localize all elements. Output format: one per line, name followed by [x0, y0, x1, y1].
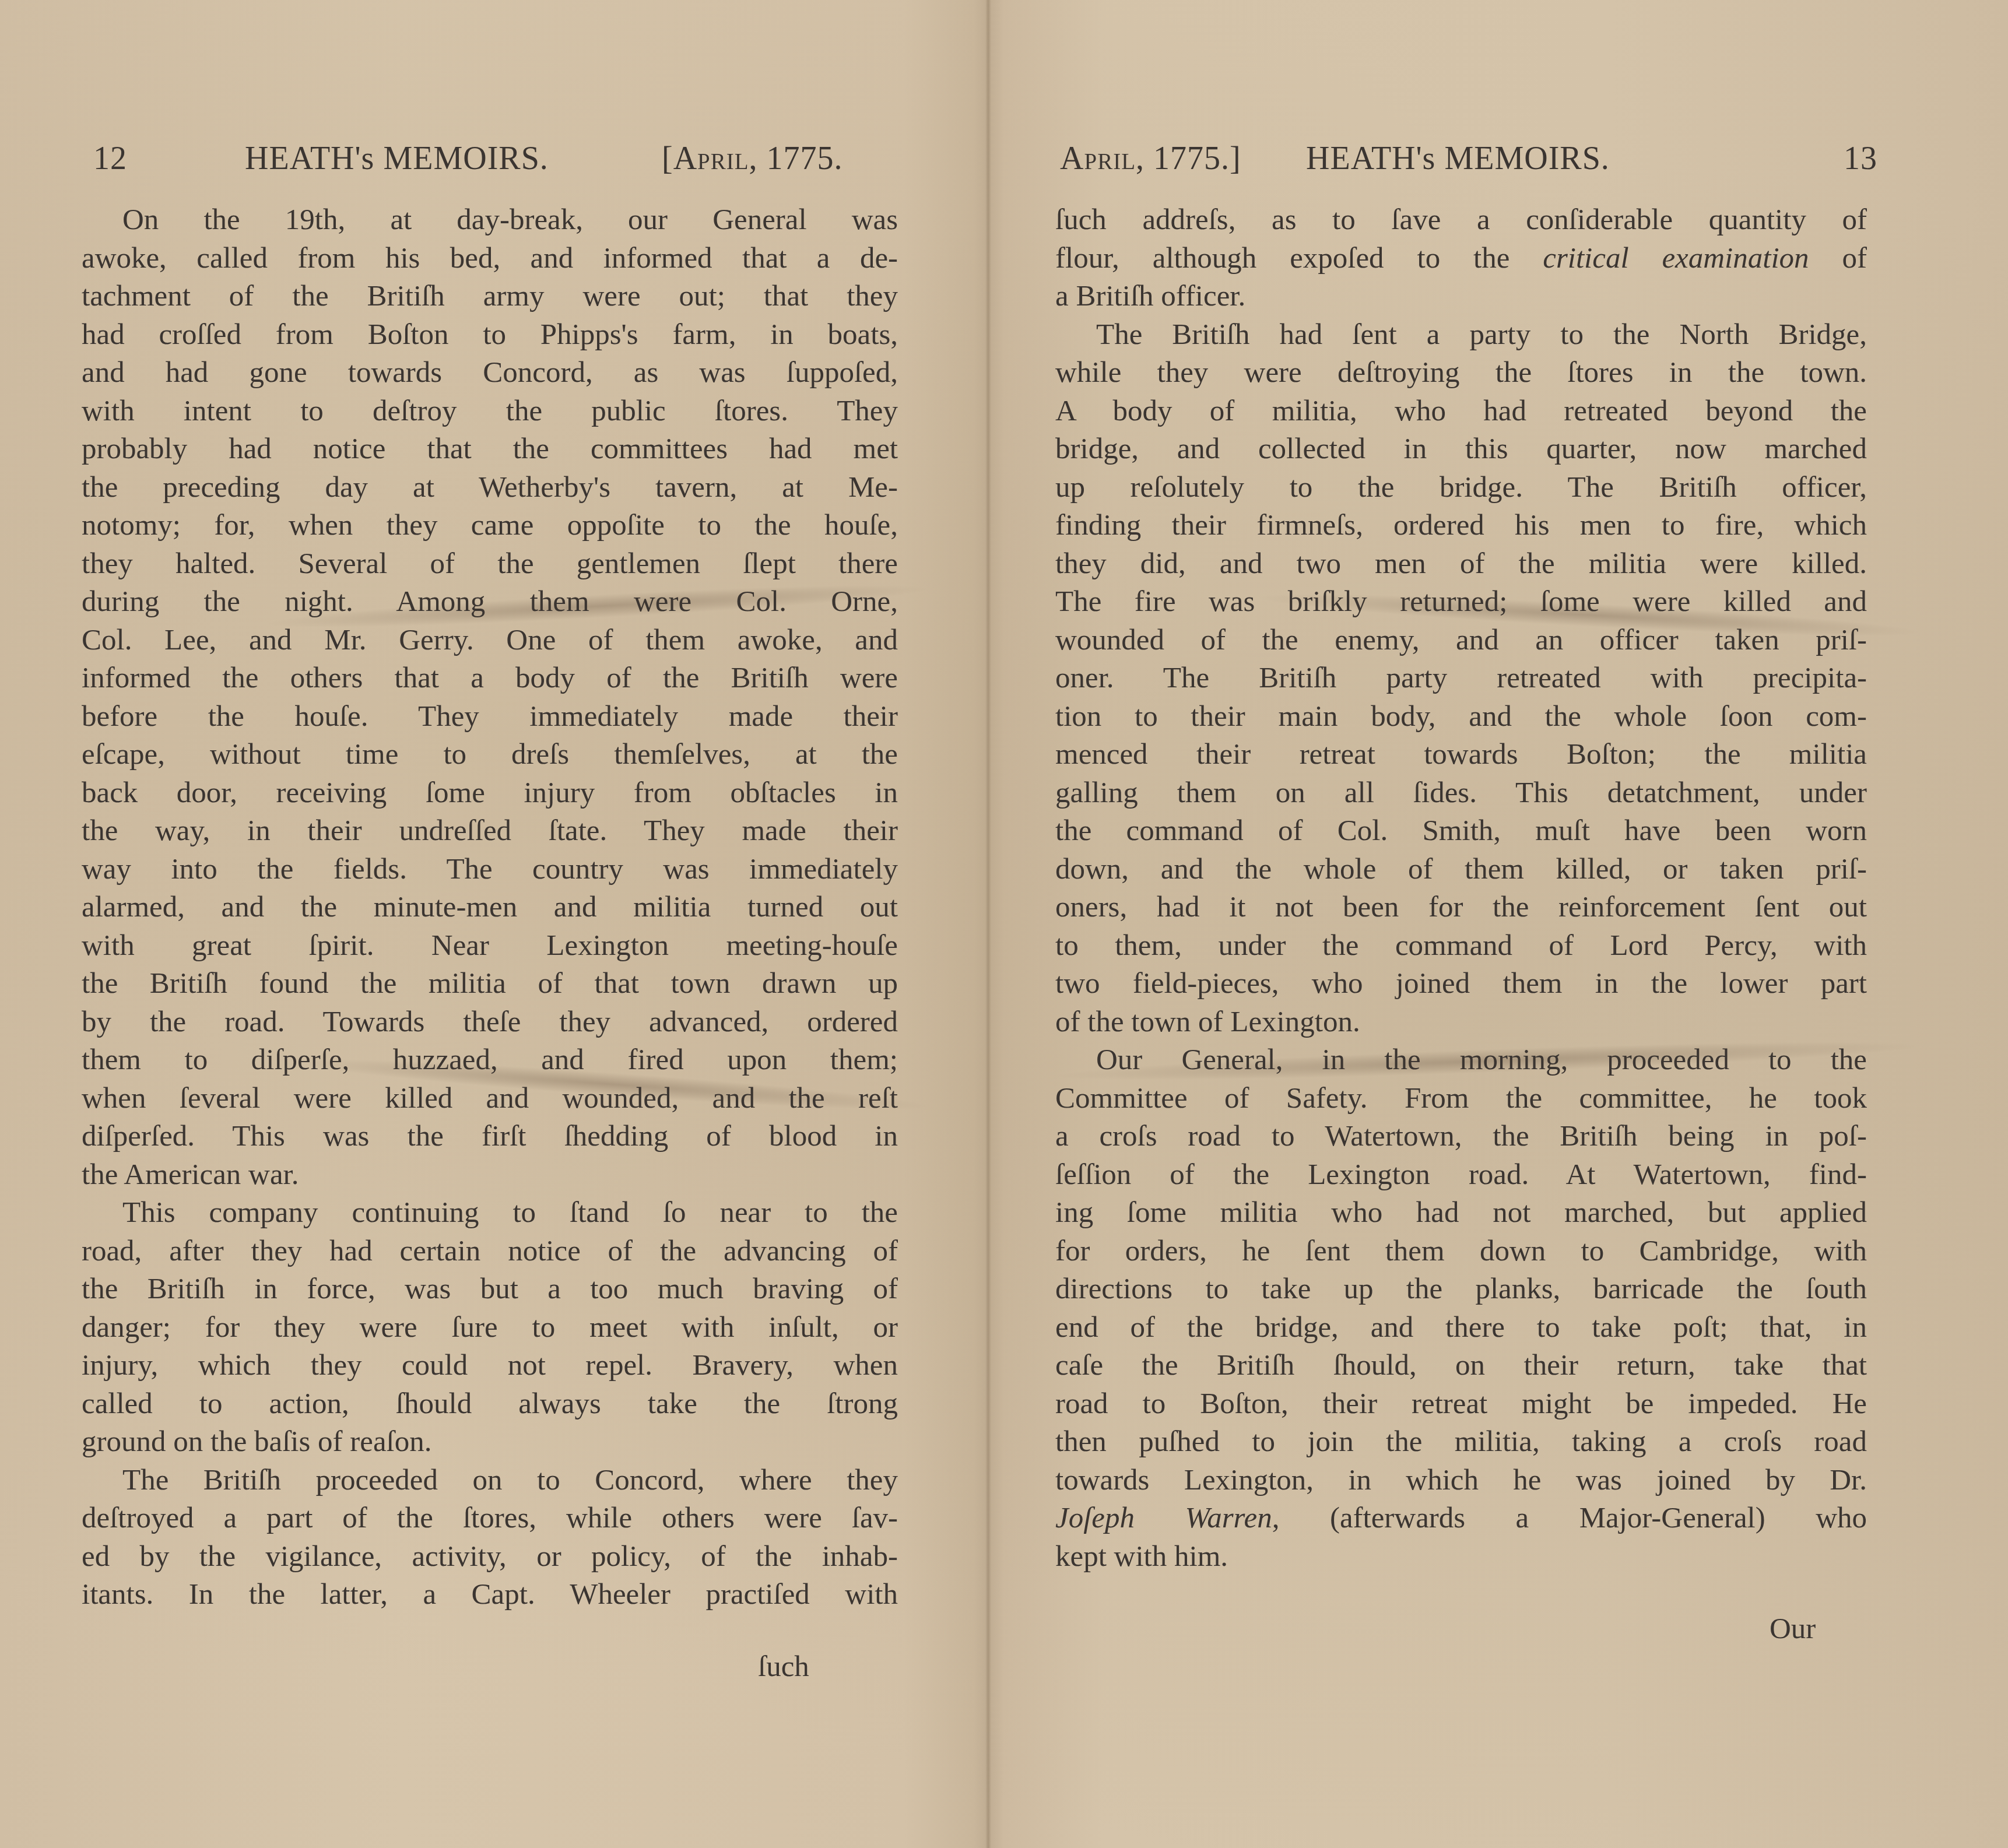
text-line: finding their firmneſs, ordered his men … — [1055, 507, 1867, 545]
text-line: a croſs road to Watertown, the Britiſh b… — [1055, 1118, 1867, 1156]
text-line: probably had notice that the committees … — [82, 430, 898, 469]
text-line: during the night. Among them were Col. O… — [82, 583, 898, 621]
book-spread: 12 HEATH's MEMOIRS. [April, 1775. On the… — [0, 0, 2008, 1848]
right-running-head: April, 1775.] HEATH's MEMOIRS. 13 — [991, 140, 2008, 181]
text-line: down, and the whole of them killed, or t… — [1055, 851, 1867, 889]
text-line: This company continuing to ſtand ſo near… — [82, 1194, 898, 1232]
running-title: HEATH's MEMOIRS. — [1306, 140, 1610, 177]
right-body-text: ſuch addreſs, as to ſave a conſiderable … — [1055, 201, 1867, 1576]
text-line: the American war. — [82, 1156, 898, 1194]
left-body-text: On the 19th, at day-break, our General w… — [82, 201, 898, 1614]
text-line: deſtroyed a part of the ſtores, while ot… — [82, 1499, 898, 1538]
text-line: menced their retreat towards Boſton; the… — [1055, 736, 1867, 774]
text-line: them to diſperſe, huzzaed, and fired upo… — [82, 1041, 898, 1080]
text-line: caſe the Britiſh ſhould, on their return… — [1055, 1347, 1867, 1385]
text-line: had croſſed from Boſton to Phipps's farm… — [82, 316, 898, 354]
text-line: Col. Lee, and Mr. Gerry. One of them awo… — [82, 621, 898, 660]
text-line: galling them on all ſides. This detatchm… — [1055, 774, 1867, 813]
text-line: the Britiſh in force, was but a too much… — [82, 1270, 898, 1309]
text-line: flour, although expoſed to the critical … — [1055, 240, 1867, 278]
right-page: April, 1775.] HEATH's MEMOIRS. 13 ſuch a… — [991, 0, 2008, 1848]
text-line: ing ſome militia who had not marched, bu… — [1055, 1194, 1867, 1232]
text-line: kept with him. — [1055, 1538, 1867, 1576]
text-line: towards Lexington, in which he was joine… — [1055, 1461, 1867, 1500]
text-line: injury, which they could not repel. Brav… — [82, 1347, 898, 1385]
text-line: tachment of the Britiſh army were out; t… — [82, 277, 898, 316]
text-line: danger; for they were ſure to meet with … — [82, 1309, 898, 1347]
text-line: ſeſſion of the Lexington road. At Watert… — [1055, 1156, 1867, 1194]
text-line: road to Boſton, their retreat might be i… — [1055, 1385, 1867, 1424]
text-line: while they were deſtroying the ſtores in… — [1055, 354, 1867, 392]
running-date: [April, 1775. — [662, 140, 843, 177]
text-line: and had gone towards Concord, as was ſup… — [82, 354, 898, 392]
text-line: then puſhed to join the militia, taking … — [1055, 1423, 1867, 1461]
text-line: with great ſpirit. Near Lexington meetin… — [82, 927, 898, 965]
text-line: On the 19th, at day-break, our General w… — [82, 201, 898, 240]
text-line: ſuch addreſs, as to ſave a conſiderable … — [1055, 201, 1867, 240]
text-line: directions to take up the planks, barric… — [1055, 1270, 1867, 1309]
text-line: by the road. Towards theſe they advanced… — [82, 1003, 898, 1042]
italic-phrase: critical examination — [1543, 242, 1809, 275]
page-number: 12 — [93, 140, 127, 177]
text-line: to them, under the command of Lord Percy… — [1055, 927, 1867, 965]
text-line: they did, and two men of the militia wer… — [1055, 545, 1867, 584]
text-line: ground on the baſis of reaſon. — [82, 1423, 898, 1461]
catchword: Our — [1770, 1612, 1816, 1646]
text-line: called to action, ſhould always take the… — [82, 1385, 898, 1424]
running-date: April, 1775.] — [1060, 140, 1241, 177]
text-line: the command of Col. Smith, muſt have bee… — [1055, 812, 1867, 851]
text-line: for orders, he ſent them down to Cambrid… — [1055, 1232, 1867, 1271]
text-line: wounded of the enemy, and an officer tak… — [1055, 621, 1867, 660]
text-line: they halted. Several of the gentlemen ſl… — [82, 545, 898, 584]
text-line: notomy; for, when they came oppoſite to … — [82, 507, 898, 545]
text-line: eſcape, without time to dreſs themſelves… — [82, 736, 898, 774]
text-line: informed the others that a body of the B… — [82, 659, 898, 698]
text-line: the Britiſh found the militia of that to… — [82, 965, 898, 1003]
text-line: itants. In the latter, a Capt. Wheeler p… — [82, 1576, 898, 1614]
left-page: 12 HEATH's MEMOIRS. [April, 1775. On the… — [0, 0, 985, 1848]
text-line: The Britiſh had ſent a party to the Nort… — [1055, 316, 1867, 354]
text-line: A body of militia, who had retreated bey… — [1055, 392, 1867, 431]
text-line: way into the fields. The country was imm… — [82, 851, 898, 889]
text-line: back door, receiving ſome injury from ob… — [82, 774, 898, 813]
text-line: the preceding day at Wetherby's tavern, … — [82, 469, 898, 507]
page-number: 13 — [1844, 140, 1877, 177]
text-line: oner. The Britiſh party retreated with p… — [1055, 659, 1867, 698]
catchword: ſuch — [758, 1650, 809, 1684]
text-line: The fire was briſkly returned; ſome were… — [1055, 583, 1867, 621]
gutter-fold — [985, 0, 991, 1848]
text-line: oners, had it not been for the reinforce… — [1055, 888, 1867, 927]
text-line: two field-pieces, who joined them in the… — [1055, 965, 1867, 1003]
text-line: alarmed, and the minute-men and militia … — [82, 888, 898, 927]
text-line: when ſeveral were killed and wounded, an… — [82, 1080, 898, 1118]
text-line: awoke, called from his bed, and informed… — [82, 240, 898, 278]
text-run: of — [1809, 242, 1867, 275]
text-line: up reſolutely to the bridge. The Britiſh… — [1055, 469, 1867, 507]
text-line: Committee of Safety. From the committee,… — [1055, 1080, 1867, 1118]
text-run: , (afterwards a Major-General) who — [1272, 1502, 1867, 1534]
running-title: HEATH's MEMOIRS. — [245, 140, 549, 177]
text-line: a Britiſh officer. — [1055, 277, 1867, 316]
text-line: The Britiſh proceeded on to Concord, whe… — [82, 1461, 898, 1500]
text-line: end of the bridge, and there to take poſ… — [1055, 1309, 1867, 1347]
text-line: before the houſe. They immediately made … — [82, 698, 898, 736]
text-line: bridge, and collected in this quarter, n… — [1055, 430, 1867, 469]
text-line: the way, in their undreſſed ſtate. They … — [82, 812, 898, 851]
text-line: ed by the vigilance, activity, or policy… — [82, 1538, 898, 1576]
text-line: diſperſed. This was the firſt ſhedding o… — [82, 1118, 898, 1156]
text-line: Joſeph Warren, (afterwards a Major-Gener… — [1055, 1499, 1867, 1538]
text-line: tion to their main body, and the whole ſ… — [1055, 698, 1867, 736]
text-line: of the town of Lexington. — [1055, 1003, 1867, 1042]
italic-phrase: Joſeph Warren — [1055, 1502, 1272, 1534]
text-line: with intent to deſtroy the public ſtores… — [82, 392, 898, 431]
left-running-head: 12 HEATH's MEMOIRS. [April, 1775. — [0, 140, 985, 181]
text-line: road, after they had certain notice of t… — [82, 1232, 898, 1271]
text-run: flour, although expoſed to the — [1055, 242, 1543, 275]
text-line: Our General, in the morning, proceeded t… — [1055, 1041, 1867, 1080]
